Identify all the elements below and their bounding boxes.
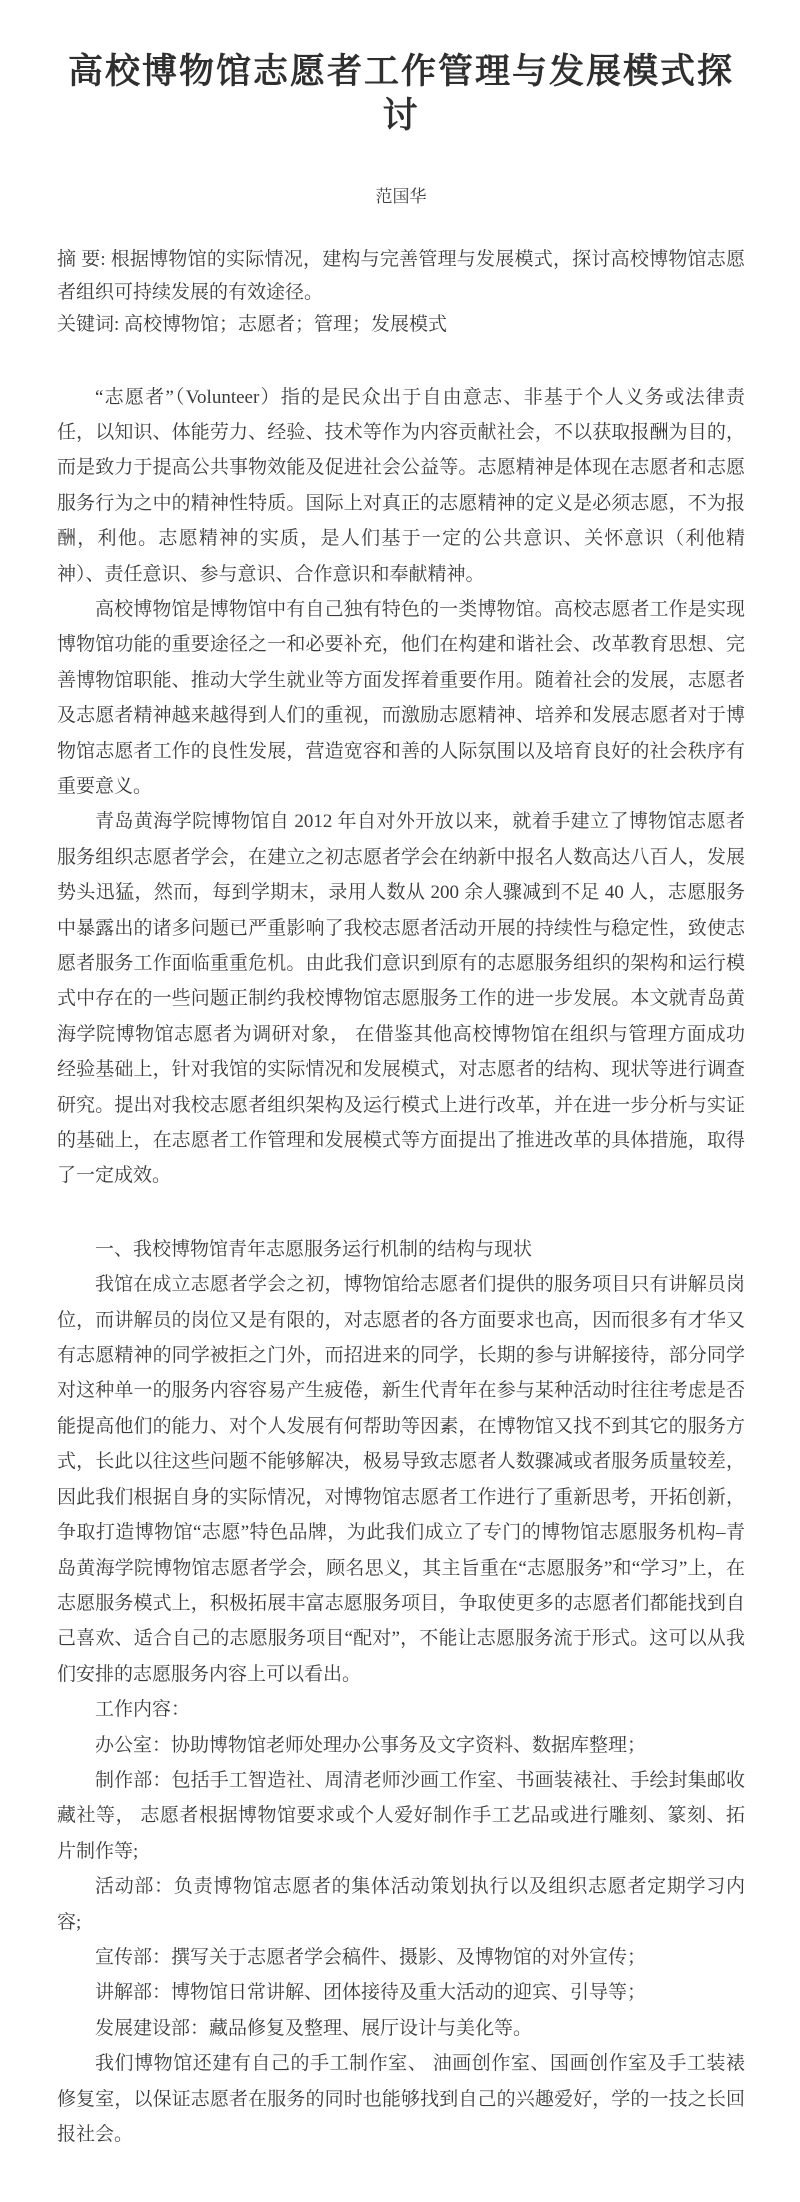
work-content-label: 工作内容： xyxy=(57,1692,745,1727)
author-name: 范国华 xyxy=(57,186,745,208)
intro-paragraph-3: 青岛黄海学院博物馆自 2012 年自对外开放以来，就着手建立了博物馆志愿者服务组… xyxy=(57,804,745,1193)
dept-publicity-item: 宣传部：撰写关于志愿者学会稿件、摄影、及博物馆的对外宣传； xyxy=(57,1940,745,1975)
page-title: 高校博物馆志愿者工作管理与发展模式探讨 xyxy=(57,50,745,138)
document-page: 高校博物馆志愿者工作管理与发展模式探讨 范国华 摘 要: 根据博物馆的实际情况，… xyxy=(0,0,800,2202)
intro-paragraph-2: 高校博物馆是博物馆中有自己独有特色的一类博物馆。高校志愿者工作是实现博物馆功能的… xyxy=(57,592,745,804)
dept-production-item: 制作部：包括手工智造社、周清老师沙画工作室、书画装裱社、手绘封集邮收藏社等， 志… xyxy=(57,1763,745,1869)
section-1-heading: 一、我校博物馆青年志愿服务运行机制的结构与现状 xyxy=(57,1232,745,1267)
dept-development-item: 发展建设部：藏品修复及整理、展厅设计与美化等。 xyxy=(57,2011,745,2046)
section-1-paragraph-1: 我馆在成立志愿者学会之初，博物馆给志愿者们提供的服务项目只有讲解员岗位，而讲解员… xyxy=(57,1267,745,1692)
intro-paragraph-1: “志愿者”（Volunteer）指的是民众出于自由意志、非基于个人义务或法律责任… xyxy=(57,380,745,592)
closing-paragraph: 我们博物馆还建有自己的手工制作室、 油画创作室、国画创作室及手工装裱修复室，以保… xyxy=(57,2046,745,2152)
dept-office-item: 办公室：协助博物馆老师处理办公事务及文字资料、数据库整理； xyxy=(57,1728,745,1763)
keywords-text: 关键词: 高校博物馆；志愿者；管理；发展模式 xyxy=(57,309,745,342)
dept-guide-item: 讲解部：博物馆日常讲解、团体接待及重大活动的迎宾、引导等； xyxy=(57,1975,745,2010)
dept-activity-item: 活动部：负责博物馆志愿者的集体活动策划执行以及组织志愿者定期学习内容; xyxy=(57,1869,745,1940)
article-body: “志愿者”（Volunteer）指的是民众出于自由意志、非基于个人义务或法律责任… xyxy=(57,380,745,2153)
abstract-text: 摘 要: 根据博物馆的实际情况，建构与完善管理与发展模式，探讨高校博物馆志愿者组… xyxy=(57,244,745,309)
abstract-section: 摘 要: 根据博物馆的实际情况，建构与完善管理与发展模式，探讨高校博物馆志愿者组… xyxy=(57,244,745,342)
